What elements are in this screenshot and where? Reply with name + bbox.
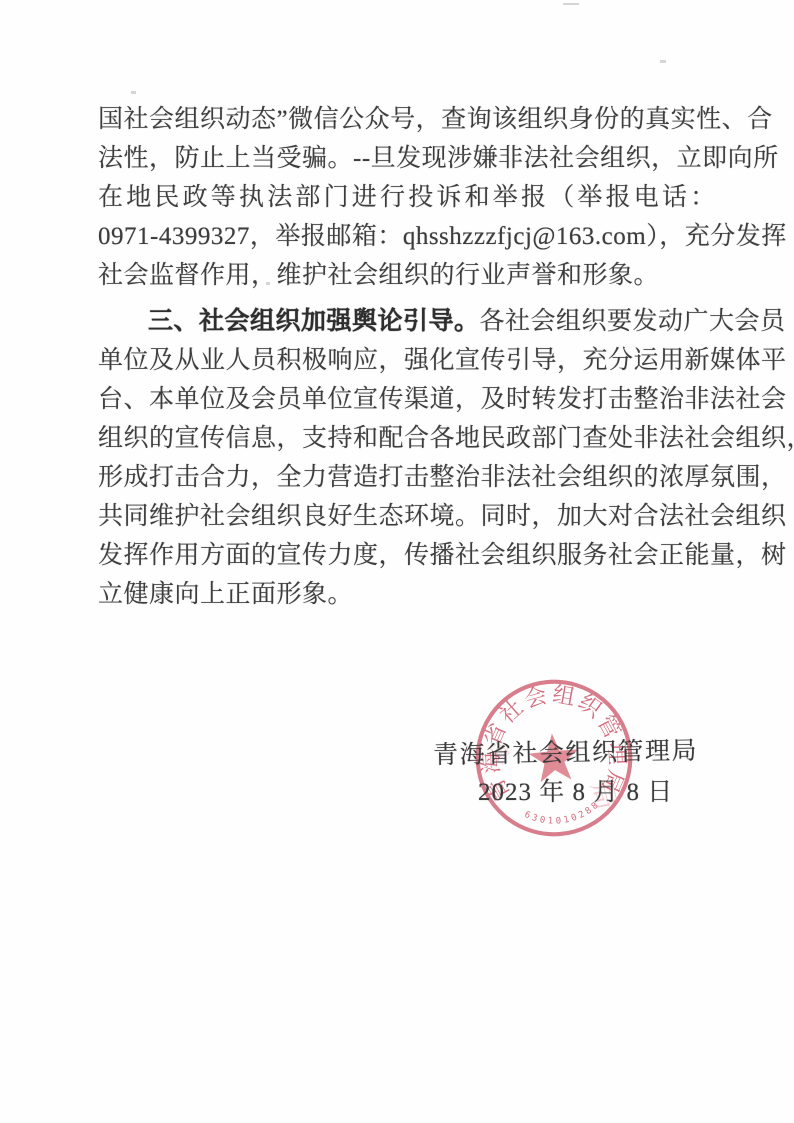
section-heading: 三、社会组织加强舆论引导。 xyxy=(148,308,480,335)
scan-artifact xyxy=(563,3,579,5)
scan-artifact xyxy=(660,60,666,63)
body-line: 在地民政等执法部门进行投诉和举报（举报电话： xyxy=(98,178,723,217)
body-line: 形成打击合力，全力营造打击整治非法社会组织的浓厚氛围， xyxy=(98,458,723,497)
document-body: 国社会组织动态”微信公众号，查询该组织身份的真实性、合 法性，防止上当受骗。--… xyxy=(98,100,723,614)
section-three: 三、社会组织加强舆论引导。各社会组织要发动广大会员 单位及从业人员积极响应，强化… xyxy=(98,302,723,614)
body-line: 法性，防止上当受骗。--旦发现涉嫌非法社会组织，立即向所 xyxy=(98,139,723,178)
signature-organization: 青海省社会组织管理局 xyxy=(433,731,699,772)
body-line: 单位及从业人员积极响应，强化宣传引导，充分运用新媒体平 xyxy=(98,341,723,380)
body-line: 三、社会组织加强舆论引导。各社会组织要发动广大会员 xyxy=(98,302,723,341)
body-line: 组织的宣传信息，支持和配合各地民政部门查处非法社会组织， xyxy=(98,419,723,458)
body-line: 立健康向上正面形象。 xyxy=(98,575,723,614)
body-line: 共同维护社会组织良好生态环境。同时，加大对合法社会组织 xyxy=(98,497,723,536)
body-line: 社会监督作用，维护社会组织的行业声誉和形象。 xyxy=(98,256,723,295)
scan-artifact xyxy=(266,282,270,285)
section-heading-rest: 各社会组织要发动广大会员 xyxy=(480,308,786,335)
body-line: 台、本单位及会员单位宣传渠道，及时转发打击整治非法社会 xyxy=(98,380,723,419)
scanned-document-page: 国社会组织动态”微信公众号，查询该组织身份的真实性、合 法性，防止上当受骗。--… xyxy=(0,0,794,1123)
body-line: 国社会组织动态”微信公众号，查询该组织身份的真实性、合 xyxy=(98,100,723,139)
signature-date: 2023 年 8 月 8 日 xyxy=(478,772,673,808)
body-line: 发挥作用方面的宣传力度，传播社会组织服务社会正能量，树 xyxy=(98,536,723,575)
scan-artifact xyxy=(131,91,136,94)
body-line: 0971-4399327，举报邮箱：qhsshzzzfjcj@163.com），… xyxy=(98,217,723,256)
